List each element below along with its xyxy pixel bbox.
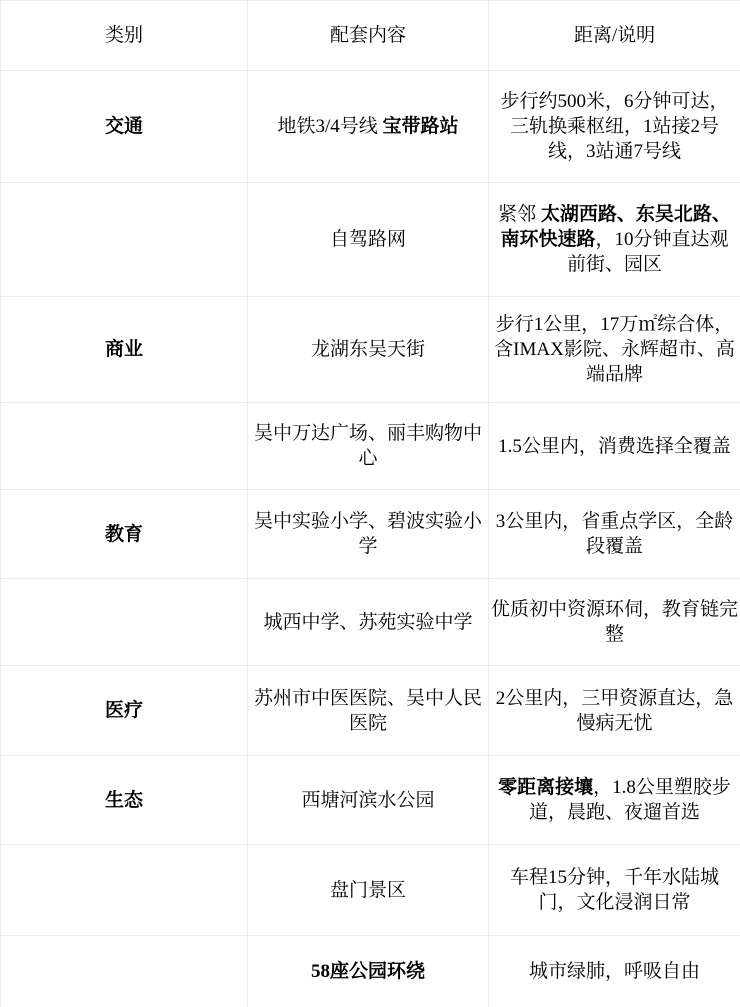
- text-segment: 优质初中资源环伺，教育链完 整: [491, 599, 738, 645]
- bold-text-segment: 商业: [105, 339, 143, 360]
- category-cell: [1, 183, 248, 297]
- text-segment: 西塘河滨水公园: [301, 790, 434, 811]
- text-segment: 自驾路网: [330, 229, 406, 250]
- table-row: 教育吴中实验小学、碧波实验小 学3公里内，省重点学区，全龄 段覆盖: [1, 490, 740, 579]
- text-segment: 步行1公里，17万㎡综合体， 含IMAX影院、永辉超市、高 端品牌: [494, 314, 735, 385]
- table-row: 商业龙湖东吴天街步行1公里，17万㎡综合体， 含IMAX影院、永辉超市、高 端品…: [1, 297, 740, 403]
- text-segment: 盘门景区: [330, 880, 406, 901]
- detail-cell: 紧邻 太湖西路、东吴北路、 南环快速路，10分钟直达观 前街、园区: [489, 183, 740, 297]
- bold-text-segment: 宝带路站: [383, 116, 459, 137]
- detail-cell: 优质初中资源环伺，教育链完 整: [489, 579, 740, 666]
- bold-text-segment: 教育: [105, 524, 143, 545]
- detail-cell: 车程15分钟，千年水陆城 门，文化浸润日常: [489, 845, 740, 936]
- amenities-table: 类别 配套内容 距离/说明 交通地铁3/4号线 宝带路站步行约500米，6分钟可…: [0, 0, 740, 1007]
- category-cell: 交通: [1, 71, 248, 183]
- content-cell: 苏州市中医医院、吴中人民 医院: [248, 666, 489, 756]
- text-segment: 1.5公里内，消费选择全覆盖: [498, 436, 731, 457]
- category-cell: 商业: [1, 297, 248, 403]
- column-header-content: 配套内容: [248, 1, 489, 71]
- table-row: 医疗苏州市中医医院、吴中人民 医院2公里内，三甲资源直达，急 慢病无忧: [1, 666, 740, 756]
- content-cell: 西塘河滨水公园: [248, 756, 489, 845]
- table-row: 城西中学、苏苑实验中学优质初中资源环伺，教育链完 整: [1, 579, 740, 666]
- detail-cell: 2公里内，三甲资源直达，急 慢病无忧: [489, 666, 740, 756]
- text-segment: 城市绿肺，呼吸自由: [529, 961, 700, 982]
- text-segment: 城西中学、苏苑实验中学: [263, 612, 472, 633]
- category-cell: 医疗: [1, 666, 248, 756]
- text-segment: 紧邻: [498, 204, 541, 225]
- content-cell: 盘门景区: [248, 845, 489, 936]
- bold-text-segment: 交通: [105, 116, 143, 137]
- content-cell: 58座公园环绕: [248, 936, 489, 1007]
- detail-cell: 零距离接壤，1.8公里塑胶步 道，晨跑、夜遛首选: [489, 756, 740, 845]
- detail-cell: 3公里内，省重点学区，全龄 段覆盖: [489, 490, 740, 579]
- table-row: 自驾路网紧邻 太湖西路、东吴北路、 南环快速路，10分钟直达观 前街、园区: [1, 183, 740, 297]
- text-segment: 龙湖东吴天街: [311, 339, 425, 360]
- text-segment: 车程15分钟，千年水陆城 门，文化浸润日常: [510, 867, 719, 913]
- table-row: 吴中万达广场、丽丰购物中 心1.5公里内，消费选择全覆盖: [1, 403, 740, 490]
- header-row: 类别 配套内容 距离/说明: [1, 1, 740, 71]
- text-segment: 苏州市中医医院、吴中人民 医院: [254, 688, 482, 734]
- bold-text-segment: 医疗: [105, 700, 143, 721]
- text-segment: 步行约500米，6分钟可达， 三轨换乘枢纽，1站接2号 线，3站通7号线: [500, 91, 728, 162]
- category-cell: [1, 579, 248, 666]
- content-cell: 龙湖东吴天街: [248, 297, 489, 403]
- text-segment: 2公里内，三甲资源直达，急 慢病无忧: [496, 688, 734, 734]
- detail-cell: 步行约500米，6分钟可达， 三轨换乘枢纽，1站接2号 线，3站通7号线: [489, 71, 740, 183]
- table-row: 交通地铁3/4号线 宝带路站步行约500米，6分钟可达， 三轨换乘枢纽，1站接2…: [1, 71, 740, 183]
- text-segment: 地铁3/4号线: [277, 116, 382, 137]
- category-cell: 生态: [1, 756, 248, 845]
- detail-cell: 步行1公里，17万㎡综合体， 含IMAX影院、永辉超市、高 端品牌: [489, 297, 740, 403]
- category-cell: [1, 403, 248, 490]
- content-cell: 吴中万达广场、丽丰购物中 心: [248, 403, 489, 490]
- category-cell: 教育: [1, 490, 248, 579]
- content-cell: 自驾路网: [248, 183, 489, 297]
- table-body: 交通地铁3/4号线 宝带路站步行约500米，6分钟可达， 三轨换乘枢纽，1站接2…: [1, 71, 740, 1007]
- content-cell: 城西中学、苏苑实验中学: [248, 579, 489, 666]
- column-header-distance: 距离/说明: [489, 1, 740, 71]
- category-cell: [1, 936, 248, 1007]
- column-header-category: 类别: [1, 1, 248, 71]
- bold-text-segment: 零距离接壤: [498, 777, 593, 798]
- detail-cell: 城市绿肺，呼吸自由: [489, 936, 740, 1007]
- text-segment: 吴中实验小学、碧波实验小 学: [254, 511, 482, 557]
- content-cell: 吴中实验小学、碧波实验小 学: [248, 490, 489, 579]
- bold-text-segment: 生态: [105, 790, 143, 811]
- detail-cell: 1.5公里内，消费选择全覆盖: [489, 403, 740, 490]
- text-segment: 吴中万达广场、丽丰购物中 心: [254, 423, 482, 469]
- category-cell: [1, 845, 248, 936]
- text-segment: 3公里内，省重点学区，全龄 段覆盖: [496, 511, 734, 557]
- table-row: 盘门景区车程15分钟，千年水陆城 门，文化浸润日常: [1, 845, 740, 936]
- table-row: 58座公园环绕城市绿肺，呼吸自由: [1, 936, 740, 1007]
- bold-text-segment: 58座公园环绕: [311, 961, 425, 982]
- table-row: 生态西塘河滨水公园零距离接壤，1.8公里塑胶步 道，晨跑、夜遛首选: [1, 756, 740, 845]
- amenities-page: 类别 配套内容 距离/说明 交通地铁3/4号线 宝带路站步行约500米，6分钟可…: [0, 0, 740, 1007]
- content-cell: 地铁3/4号线 宝带路站: [248, 71, 489, 183]
